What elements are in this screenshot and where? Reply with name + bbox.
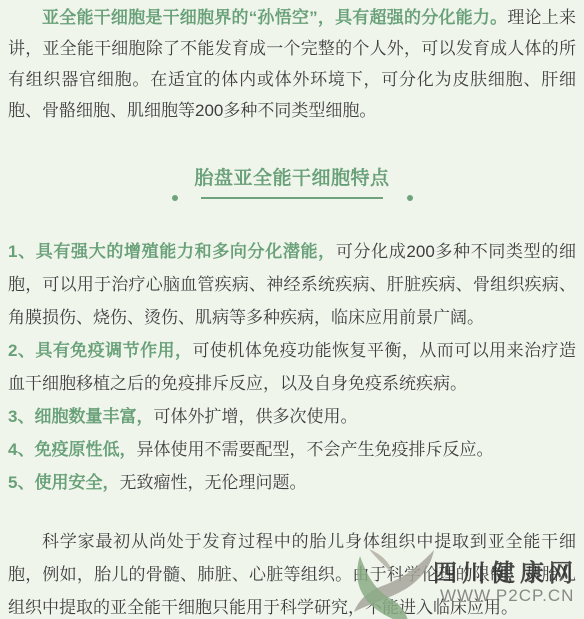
section-heading: 胎盘亚全能干细胞特点 [8, 166, 576, 199]
feature-1-lead: 1、具有强大的增殖能力和多向分化潜能， [8, 242, 336, 261]
heading-underline [201, 197, 383, 199]
feature-4-lead: 4、免疫原性低， [8, 440, 136, 459]
watermark-site-url: WWW.P2CP.CN [440, 586, 574, 606]
feature-3-lead: 3、细胞数量丰富， [8, 407, 153, 426]
feature-2-lead: 2、具有免疫调节作用， [8, 341, 192, 360]
feature-item-1: 1、具有强大的增殖能力和多向分化潜能，可分化成200多种不同类型的细胞，可以用于… [8, 235, 576, 334]
feature-item-3: 3、细胞数量丰富，可体外扩增，供多次使用。 [8, 400, 576, 433]
article-page: 亚全能干细胞是干细胞界的“孙悟空”，具有超强的分化能力。理论上来讲，亚全能干细胞… [0, 0, 584, 619]
intro-paragraph: 亚全能干细胞是干细胞界的“孙悟空”，具有超强的分化能力。理论上来讲，亚全能干细胞… [8, 2, 576, 126]
feature-5-body: 无致瘤性，无伦理问题。 [119, 473, 306, 492]
feature-4-body: 异体使用不需要配型，不会产生免疫排斥反应。 [136, 440, 493, 459]
features-list: 1、具有强大的增殖能力和多向分化潜能，可分化成200多种不同类型的细胞，可以用于… [8, 235, 576, 499]
heading-dot-right-icon [407, 195, 413, 201]
feature-5-lead: 5、使用安全， [8, 473, 119, 492]
section-title: 胎盘亚全能干细胞特点 [8, 166, 576, 192]
feature-item-5: 5、使用安全，无致瘤性，无伦理问题。 [8, 466, 576, 499]
feature-item-4: 4、免疫原性低，异体使用不需要配型，不会产生免疫排斥反应。 [8, 433, 576, 466]
heading-dot-left-icon [172, 195, 178, 201]
feature-item-2: 2、具有免疫调节作用，可使机体免疫功能恢复平衡，从而可以用来治疗造血干细胞移植之… [8, 334, 576, 400]
feature-3-body: 可体外扩增，供多次使用。 [153, 407, 357, 426]
intro-lead-text: 亚全能干细胞是干细胞界的“孙悟空”，具有超强的分化能力。 [42, 8, 507, 27]
watermark-site-name: 四川健康网 [433, 553, 578, 588]
article-content: 亚全能干细胞是干细胞界的“孙悟空”，具有超强的分化能力。理论上来讲，亚全能干细胞… [0, 0, 584, 619]
